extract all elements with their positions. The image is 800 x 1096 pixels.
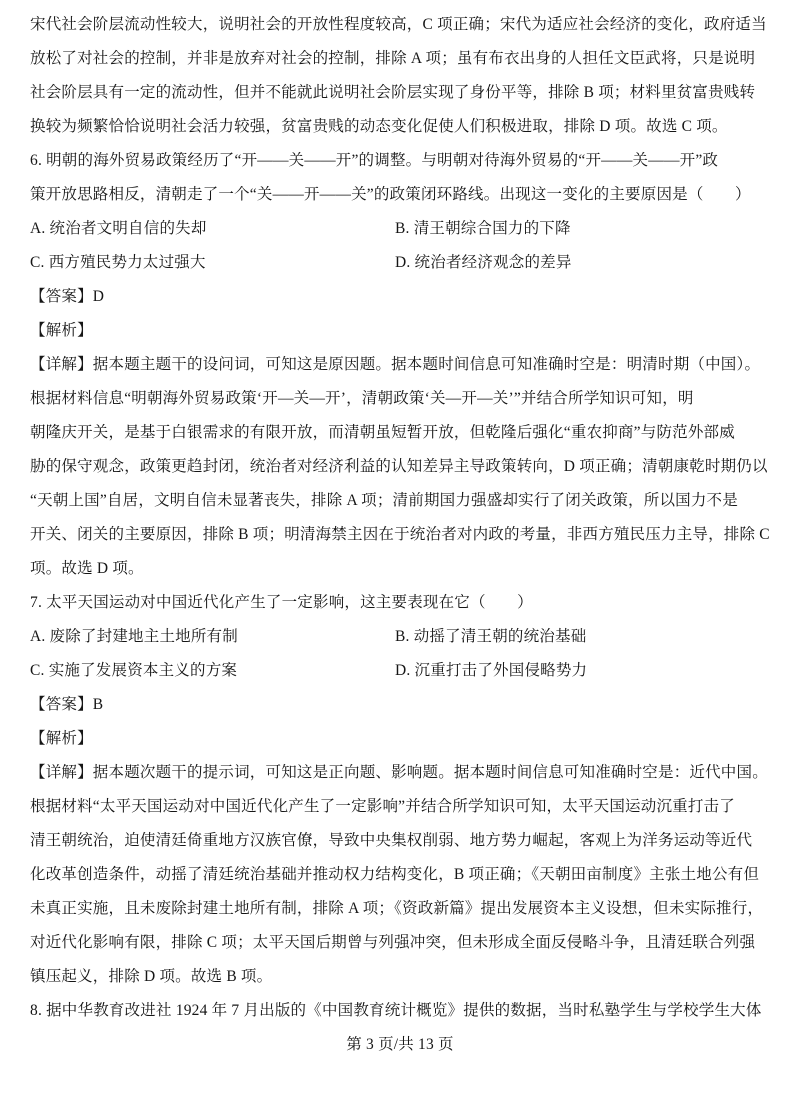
question-6-answer: 【答案】D — [30, 280, 770, 314]
question-7-detail-line: 清王朝统治，迫使清廷倚重地方汉族官僚，导致中央集权削弱、地方势力崛起，客观上为洋… — [30, 824, 770, 858]
q5-explanation-line: 社会阶层具有一定的流动性，但并不能就此说明社会阶层实现了身份平等，排除 B 项；… — [30, 76, 770, 110]
question-6-options-row: A. 统治者文明自信的失却 B. 清王朝综合国力的下降 — [30, 212, 770, 246]
question-6-detail-line: 根据材料信息“明朝海外贸易政策‘开—关—开’，清朝政策‘关—开—关’”并结合所学… — [30, 382, 770, 416]
question-7-option-d: D. 沉重打击了外国侵略势力 — [395, 654, 770, 688]
question-7-options-row: C. 实施了发展资本主义的方案 D. 沉重打击了外国侵略势力 — [30, 654, 770, 688]
question-6-option-b: B. 清王朝综合国力的下降 — [395, 212, 770, 246]
question-7-detail-line: 未真正实施，且未废除封建土地所有制，排除 A 项；《资政新篇》提出发展资本主义设… — [30, 892, 770, 926]
q5-explanation-line: 换较为频繁恰恰说明社会活力较强，贫富贵贱的动态变化促使人们积极进取，排除 D 项… — [30, 110, 770, 144]
q5-explanation-line: 宋代社会阶层流动性较大，说明社会的开放性程度较高，C 项正确；宋代为适应社会经济… — [30, 8, 770, 42]
q5-explanation-line: 放松了对社会的控制，并非是放弃对社会的控制，排除 A 项；虽有布衣出身的人担任文… — [30, 42, 770, 76]
question-7-detail-line: 镇压起义，排除 D 项。故选 B 项。 — [30, 960, 770, 994]
question-7-detail-line: 【详解】据本题次题干的提示词，可知这是正向题、影响题。据本题时间信息可知准确时空… — [30, 756, 770, 790]
question-6-stem-line: 6. 明朝的海外贸易政策经历了“开——关——开”的调整。与明朝对待海外贸易的“开… — [30, 144, 770, 178]
question-6-options-row: C. 西方殖民势力太过强大 D. 统治者经济观念的差异 — [30, 246, 770, 280]
question-6-option-d: D. 统治者经济观念的差异 — [395, 246, 770, 280]
document-page: 宋代社会阶层流动性较大，说明社会的开放性程度较高，C 项正确；宋代为适应社会经济… — [0, 0, 800, 1096]
question-6-detail-line: 项。故选 D 项。 — [30, 552, 770, 586]
question-6-detail-line: 【详解】据本题主题干的设问词，可知这是原因题。据本题时间信息可知准确时空是：明清… — [30, 348, 770, 382]
question-6-detail-line: “天朝上国”自居，文明自信未显著丧失，排除 A 项；清前期国力强盛却实行了闭关政… — [30, 484, 770, 518]
question-7-detail-line: 根据材料“太平天国运动对中国近代化产生了一定影响”并结合所学知识可知，太平天国运… — [30, 790, 770, 824]
question-7-detail-line: 化改革创造条件，动摇了清廷统治基础并推动权力结构变化，B 项正确；《天朝田亩制度… — [30, 858, 770, 892]
question-7-option-b: B. 动摇了清王朝的统治基础 — [395, 620, 770, 654]
question-7-options-row: A. 废除了封建地主土地所有制 B. 动摇了清王朝的统治基础 — [30, 620, 770, 654]
question-6-detail-line: 胁的保守观念，政策更趋封闭，统治者对经济利益的认知差异主导政策转向，D 项正确；… — [30, 450, 770, 484]
question-6-stem-line: 策开放思路相反，清朝走了一个“关——开——关”的政策闭环路线。出现这一变化的主要… — [30, 178, 770, 212]
question-6-detail-line: 开关、闭关的主要原因，排除 B 项；明清海禁主因在于统治者对内政的考量，非西方殖… — [30, 518, 770, 552]
question-6-option-c: C. 西方殖民势力太过强大 — [30, 246, 395, 280]
question-7-stem-line: 7. 太平天国运动对中国近代化产生了一定影响，这主要表现在它（ ） — [30, 586, 770, 620]
page-footer: 第 3 页/共 13 页 — [30, 1028, 770, 1062]
question-7-option-c: C. 实施了发展资本主义的方案 — [30, 654, 395, 688]
question-7-answer: 【答案】B — [30, 688, 770, 722]
question-6-option-a: A. 统治者文明自信的失却 — [30, 212, 395, 246]
question-6-analysis-label: 【解析】 — [30, 314, 770, 348]
question-8-stem-line: 8. 据中华教育改进社 1924 年 7 月出版的《中国教育统计概览》提供的数据… — [30, 994, 770, 1028]
question-7-analysis-label: 【解析】 — [30, 722, 770, 756]
question-7-option-a: A. 废除了封建地主土地所有制 — [30, 620, 395, 654]
question-7-detail-line: 对近代化影响有限，排除 C 项；太平天国后期曾与列强冲突，但未形成全面反侵略斗争… — [30, 926, 770, 960]
question-6-detail-line: 朝隆庆开关，是基于白银需求的有限开放，而清朝虽短暂开放，但乾隆后强化“重农抑商”… — [30, 416, 770, 450]
